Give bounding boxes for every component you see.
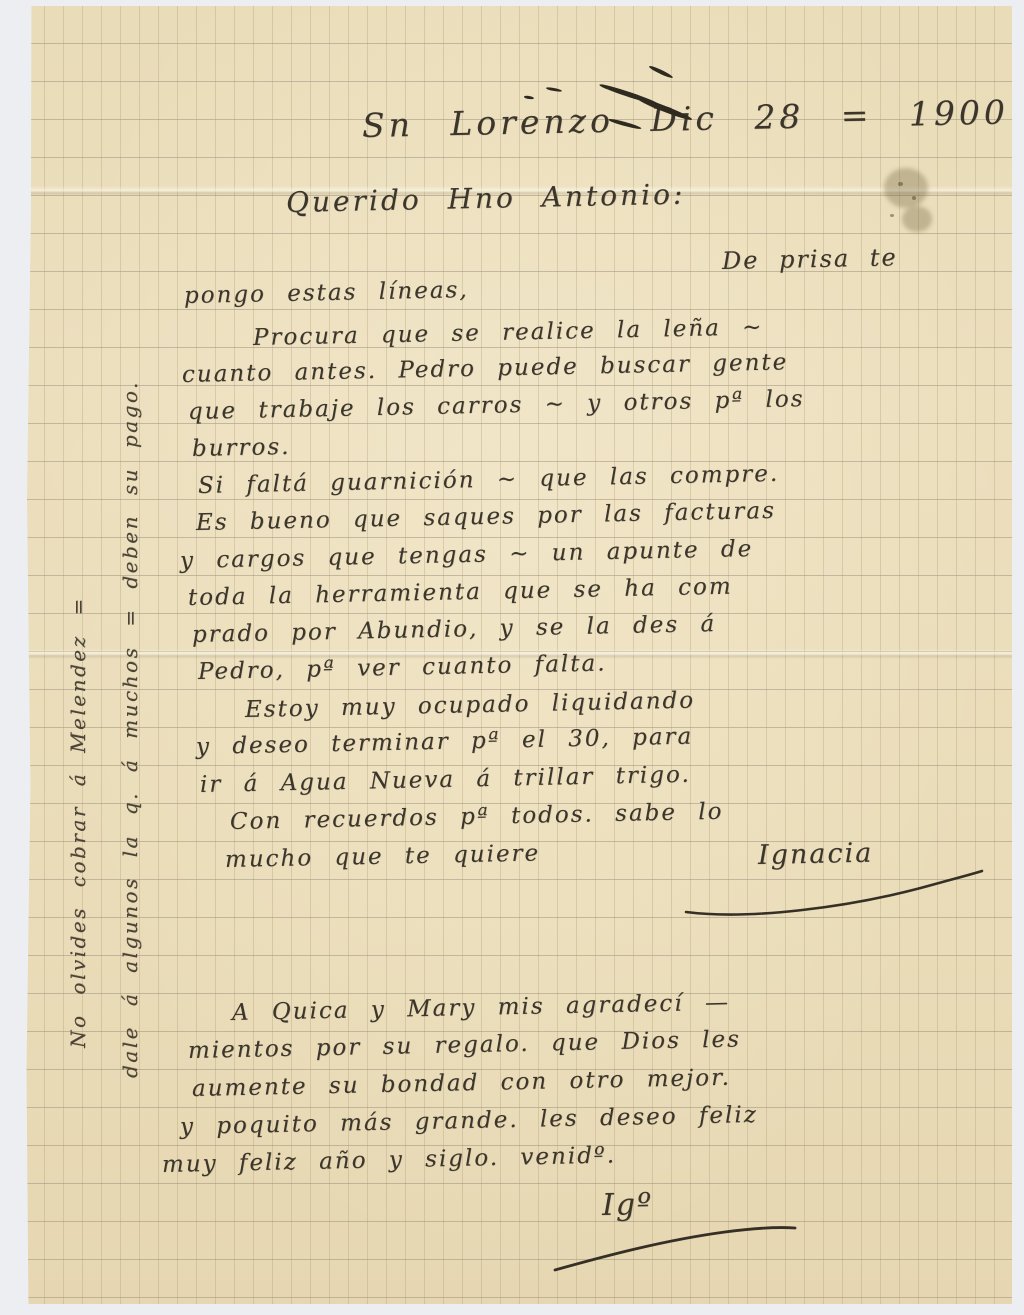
scanned-letter-page: { "letter": { "type": "handwritten-lette…	[0, 0, 1024, 1315]
margin-note-line: No olvides cobrar á Melendez =	[66, 596, 90, 1048]
body-line: burros.	[192, 434, 291, 462]
signature-ignacia: Ignacia	[758, 838, 874, 871]
paper-stain	[902, 206, 932, 232]
paper-stain-speck	[898, 182, 903, 186]
margin-note-line: dale á algunos la q. á muchos = deben su…	[118, 380, 142, 1078]
paper-stain	[884, 168, 928, 208]
signature-flourish	[678, 868, 988, 920]
paper-stain-speck	[890, 214, 894, 217]
postscript-signature-flourish	[545, 1218, 805, 1276]
letter-opening-phrase: De prisa te	[722, 243, 898, 275]
paper-stain-speck	[912, 196, 916, 200]
